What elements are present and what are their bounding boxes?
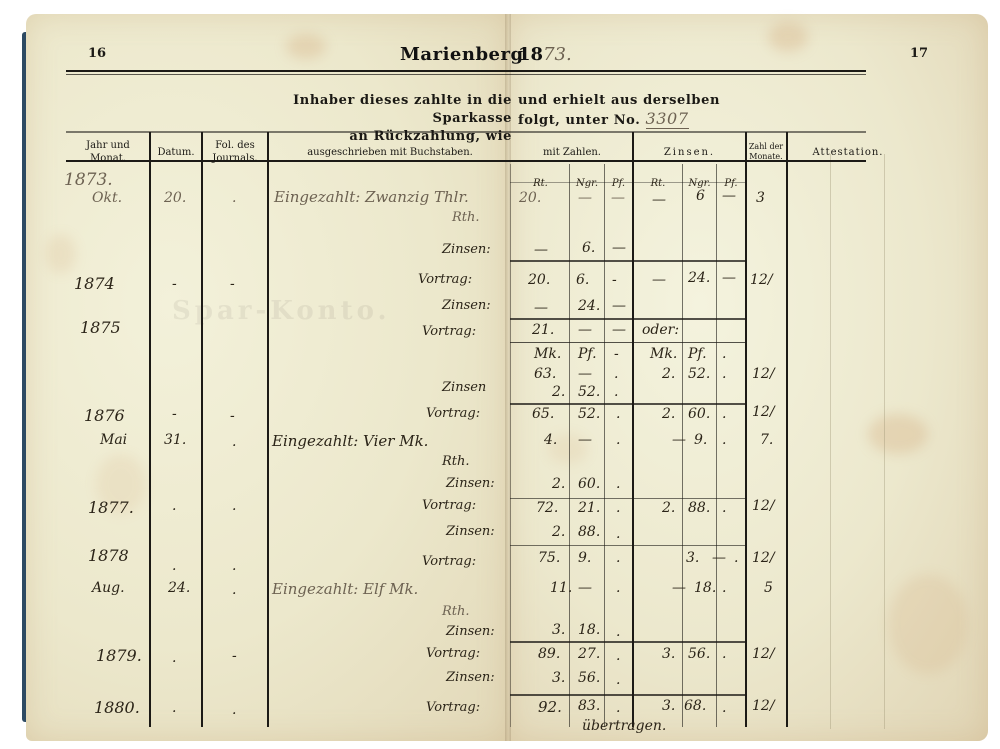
passbook-spread: 16 17 Marienberg 1873. Inhaber dieses za… xyxy=(22,14,990,741)
col-header-written-out: ausgeschrieben mit Buchstaben. xyxy=(269,146,511,159)
page-number-left: 16 xyxy=(88,46,106,61)
intro-text-right: und erhielt aus derselben folgt, unter N… xyxy=(518,92,720,130)
page-title-year: 1873. xyxy=(518,44,572,65)
entry-deposit-text: Eingezahlt: Vier Mk. xyxy=(272,432,428,450)
subhdr-figures-ngr: Ngr. xyxy=(570,178,604,189)
col-header-attestation: Attestation. xyxy=(788,146,908,159)
col-header-interest: Zinsen. xyxy=(634,146,745,159)
col-header-year-month: Jahr und Monat. xyxy=(68,139,148,165)
subhdr-figures-pf: Pf. xyxy=(605,178,632,189)
entry-year: 1873. xyxy=(64,170,113,190)
entry-deposit-text: Eingezahlt: Zwanzig Thlr. xyxy=(274,188,469,206)
entry-month: Okt. xyxy=(92,190,122,206)
subhdr-figures-rt: Rt. xyxy=(512,178,569,189)
watermark-text: Spar-Konto. xyxy=(172,296,391,326)
col-header-journal-folio: Fol. des Journals. xyxy=(203,139,267,165)
col-header-date: Datum. xyxy=(151,146,201,159)
page-title-town: Marienberg xyxy=(400,44,524,65)
subhdr-interest-rt: Rt. xyxy=(634,178,682,189)
col-header-in-figures: mit Zahlen. xyxy=(512,146,632,159)
col-header-months: Zahl der Monate. xyxy=(746,142,786,162)
page-number-right: 17 xyxy=(910,46,928,61)
entry-deposit-text: Eingezahlt: Elf Mk. xyxy=(272,580,418,598)
account-number: 3307 xyxy=(646,109,689,129)
footer-note: übertragen. xyxy=(582,718,666,734)
intro-text-left: Inhaber dieses zahlte in die Sparkasse a… xyxy=(230,92,512,146)
entry-date: 20. xyxy=(164,190,186,206)
